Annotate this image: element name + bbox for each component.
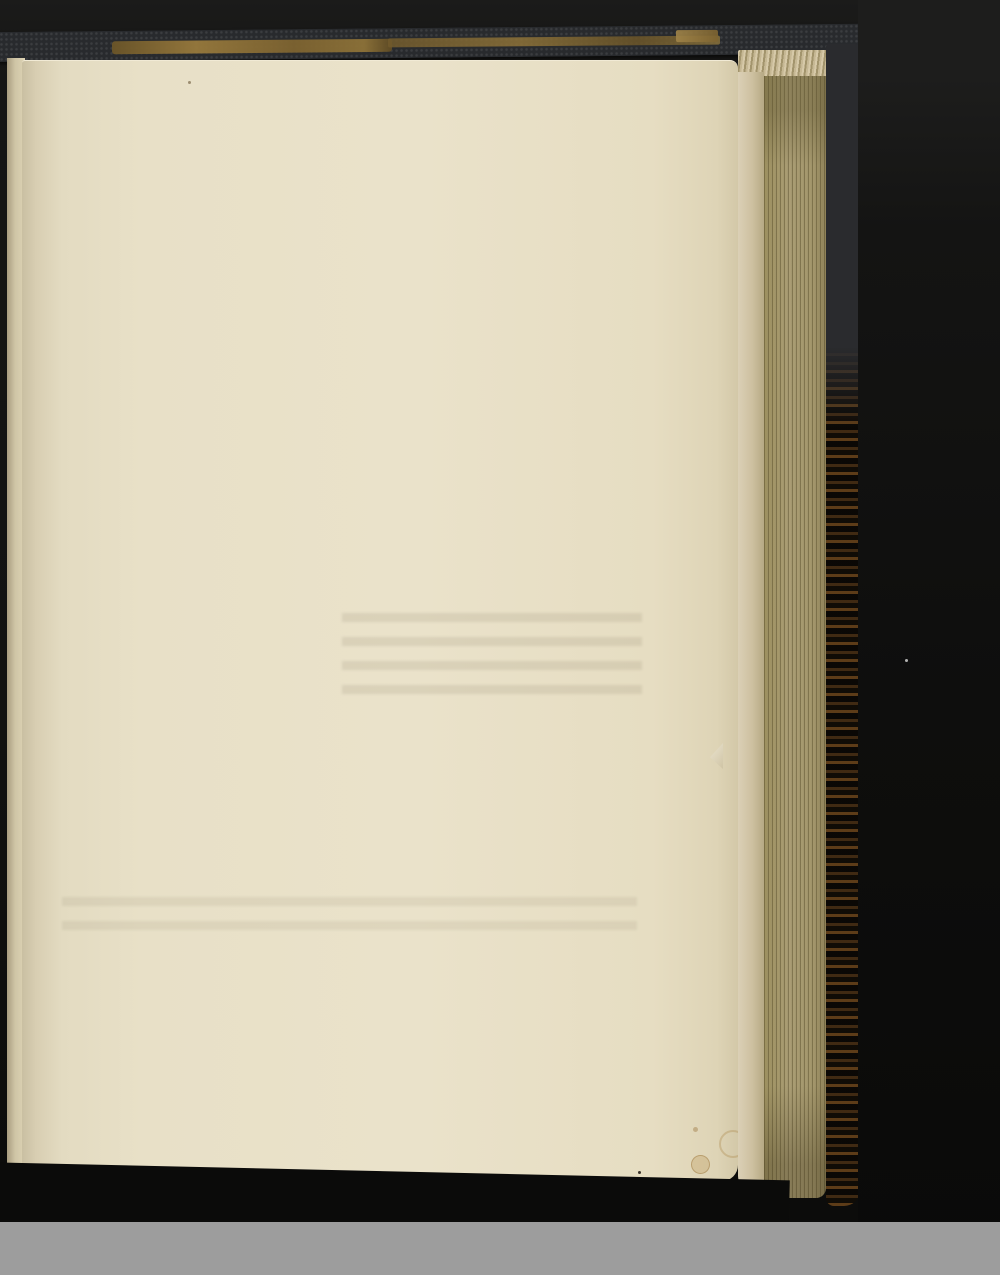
footer-line <box>55 1067 640 1091</box>
dust-speck <box>905 659 908 662</box>
fore-edge-inner <box>738 72 764 1188</box>
background-right <box>858 0 1000 1275</box>
gilt-wear-patch <box>112 39 392 54</box>
book-page <box>22 60 738 1181</box>
fore-edge-pages <box>764 76 826 1198</box>
page-edge-crease <box>710 743 723 769</box>
stain-dot <box>693 1127 698 1132</box>
stain-blob <box>691 1155 710 1174</box>
footer-signature <box>55 1071 72 1087</box>
cover-fore-edge <box>826 44 860 1206</box>
text-column <box>55 61 640 1181</box>
library-watermark-band <box>0 1222 1000 1275</box>
book-scan <box>0 0 1000 1275</box>
gilt-wear-corner <box>676 30 718 42</box>
running-head <box>55 113 640 139</box>
